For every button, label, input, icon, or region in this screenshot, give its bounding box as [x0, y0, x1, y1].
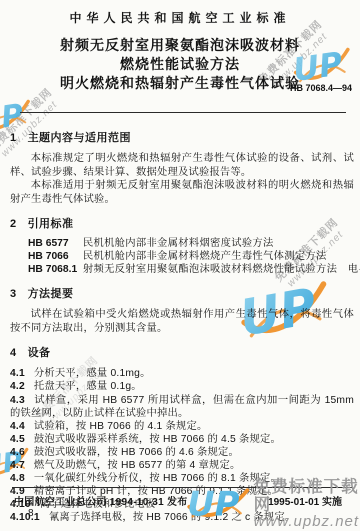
- standard-code: HB 6577: [28, 238, 80, 251]
- section-title: 设备: [28, 347, 51, 359]
- item-text: 试验箱，按 HB 7066 的 4.1 条规定。: [34, 421, 208, 432]
- publisher-release-date: 中国航空工业总公司 1994-10-31 发布: [14, 493, 188, 508]
- item-text: 氰离子选择电极，按 HB 7066 的 9.1.2 之 c 条规定。: [49, 512, 296, 523]
- equipment-item: 4.8一氧化碳红外线分析仪，按 HB 7066 的 8.1 条规定。: [10, 472, 354, 485]
- section-1-heading: 1 主题内容与适用范围: [10, 129, 354, 145]
- item-number: 4.5: [10, 434, 25, 445]
- referenced-standards-list: HB 6577 民机机舱内部非金属材料烟密度试验方法 HB 7066 民机机舱内…: [28, 238, 354, 276]
- section-title: 主题内容与适用范围: [28, 132, 132, 144]
- implementation-date: 1995-01-01 实施: [268, 493, 342, 508]
- item-number: 4.7: [10, 460, 25, 471]
- item-number: 4.3: [10, 395, 25, 406]
- item-text: 鼓泡式吸收器采样系统，按 HB 7066 的 4.5 条规定。: [34, 434, 281, 445]
- equipment-item: 4.4试验箱，按 HB 7066 的 4.1 条规定。: [10, 420, 354, 433]
- referenced-standard: HB 7068.1 射频无反射室用聚氨酯泡沫吸波材料燃烧性能试验方法 电导燃烧试…: [28, 264, 354, 277]
- equipment-item: 4.3试样盒，采用 HB 6577 所用试样盒，但需在盒内加一间距为 15mm …: [10, 394, 354, 420]
- equipment-item: 4.2托盘天平，感量 0.1g。: [10, 380, 354, 393]
- section-3-paragraph: 试样在试验箱中受火焰燃烧或热辐射作用产生毒性气体，将毒性气体按不同方法取出，分别…: [10, 308, 354, 335]
- referenced-standard: HB 6577 民机机舱内部非金属材料烟密度试验方法: [28, 238, 354, 251]
- section-title: 引用标准: [28, 218, 74, 230]
- standard-type-title: 中华人民共和国航空工业标准: [0, 9, 360, 26]
- title-line-2: 燃烧性能试验方法: [0, 55, 360, 74]
- section-number: 2: [10, 218, 24, 230]
- section-4-heading: 4 设备: [10, 344, 354, 360]
- section-number: 3: [10, 288, 24, 300]
- standard-code: HB 7066: [28, 251, 80, 264]
- item-number: 4.6: [10, 447, 25, 458]
- item-number: 4.4: [10, 421, 25, 432]
- standard-number: HB 7068.4—94: [290, 83, 352, 93]
- equipment-item: 4.6鼓泡式吸收器，按 HB 7066 的 4.6 条规定。: [10, 446, 354, 459]
- item-text: 鼓泡式吸收器，按 HB 7066 的 4.6 条规定。: [34, 447, 239, 458]
- section-3-heading: 3 方法提要: [10, 285, 354, 301]
- section-2-heading: 2 引用标准: [10, 215, 354, 231]
- standard-code: HB 7068.1: [28, 264, 80, 277]
- section-number: 4: [10, 347, 24, 359]
- item-text: 分析天平，感量 0.1mg。: [34, 368, 151, 379]
- equipment-item: 4.1分析天平，感量 0.1mg。: [10, 367, 354, 380]
- item-text: 托盘天平，感量 0.1g。: [34, 381, 142, 392]
- item-text: 燃气及助燃气，按 HB 6577 的第 4 章规定。: [34, 460, 241, 471]
- item-number: 4.2: [10, 381, 25, 392]
- section-title: 方法提要: [28, 288, 74, 300]
- equipment-item: 4.5鼓泡式吸收器采样系统，按 HB 7066 的 4.5 条规定。: [10, 433, 354, 446]
- section-1-paragraph: 本标准适用于射频无反射室用聚氨酯泡沫吸波材料的明火燃烧和热辐射产生毒性气体试验。: [10, 179, 354, 206]
- page-number: 8: [28, 508, 34, 519]
- standard-title: 民机机舱内部非金属材料燃烧产生毒性气体测定方法: [83, 251, 327, 262]
- item-number: 4.8: [10, 473, 25, 484]
- equipment-item: 4.7燃气及助燃气，按 HB 6577 的第 4 章规定。: [10, 459, 354, 472]
- standard-document-page: 免费标准下载网 www.upbz.net 免费标准下载网 www.upbz.ne…: [0, 0, 360, 531]
- item-number: 4.1: [10, 368, 25, 379]
- footer-divider: [12, 487, 352, 488]
- section-number: 1: [10, 132, 24, 144]
- standard-title: 民机机舱内部非金属材料烟密度试验方法: [83, 238, 274, 249]
- title-line-1: 射频无反射室用聚氨酯泡沫吸波材料: [0, 36, 360, 55]
- item-text: 一氧化碳红外线分析仪，按 HB 7066 的 8.1 条规定。: [34, 473, 281, 484]
- referenced-standard: HB 7066 民机机舱内部非金属材料燃烧产生毒性气体测定方法: [28, 251, 354, 264]
- equipment-item: 4.10.1氰离子选择电极，按 HB 7066 的 9.1.2 之 c 条规定。: [10, 511, 354, 524]
- document-body: 1 主题内容与适用范围 本标准规定了明火燃烧和热辐射产生毒性气体试验的设备、试剂…: [10, 120, 354, 525]
- standard-title: 射频无反射室用聚氨酯泡沫吸波材料燃烧性能试验方法 电导燃烧试验: [83, 264, 360, 275]
- item-number: 4.10.1: [10, 512, 40, 523]
- section-1-paragraph: 本标准规定了明火燃烧和热辐射产生毒性气体试验的设备、试剂、试样、试验步骤、结果计…: [10, 152, 354, 179]
- item-text: 试样盒，采用 HB 6577 所用试样盒，但需在盒内加一间距为 15mm 的铁丝…: [10, 395, 354, 419]
- header-divider: [20, 112, 346, 113]
